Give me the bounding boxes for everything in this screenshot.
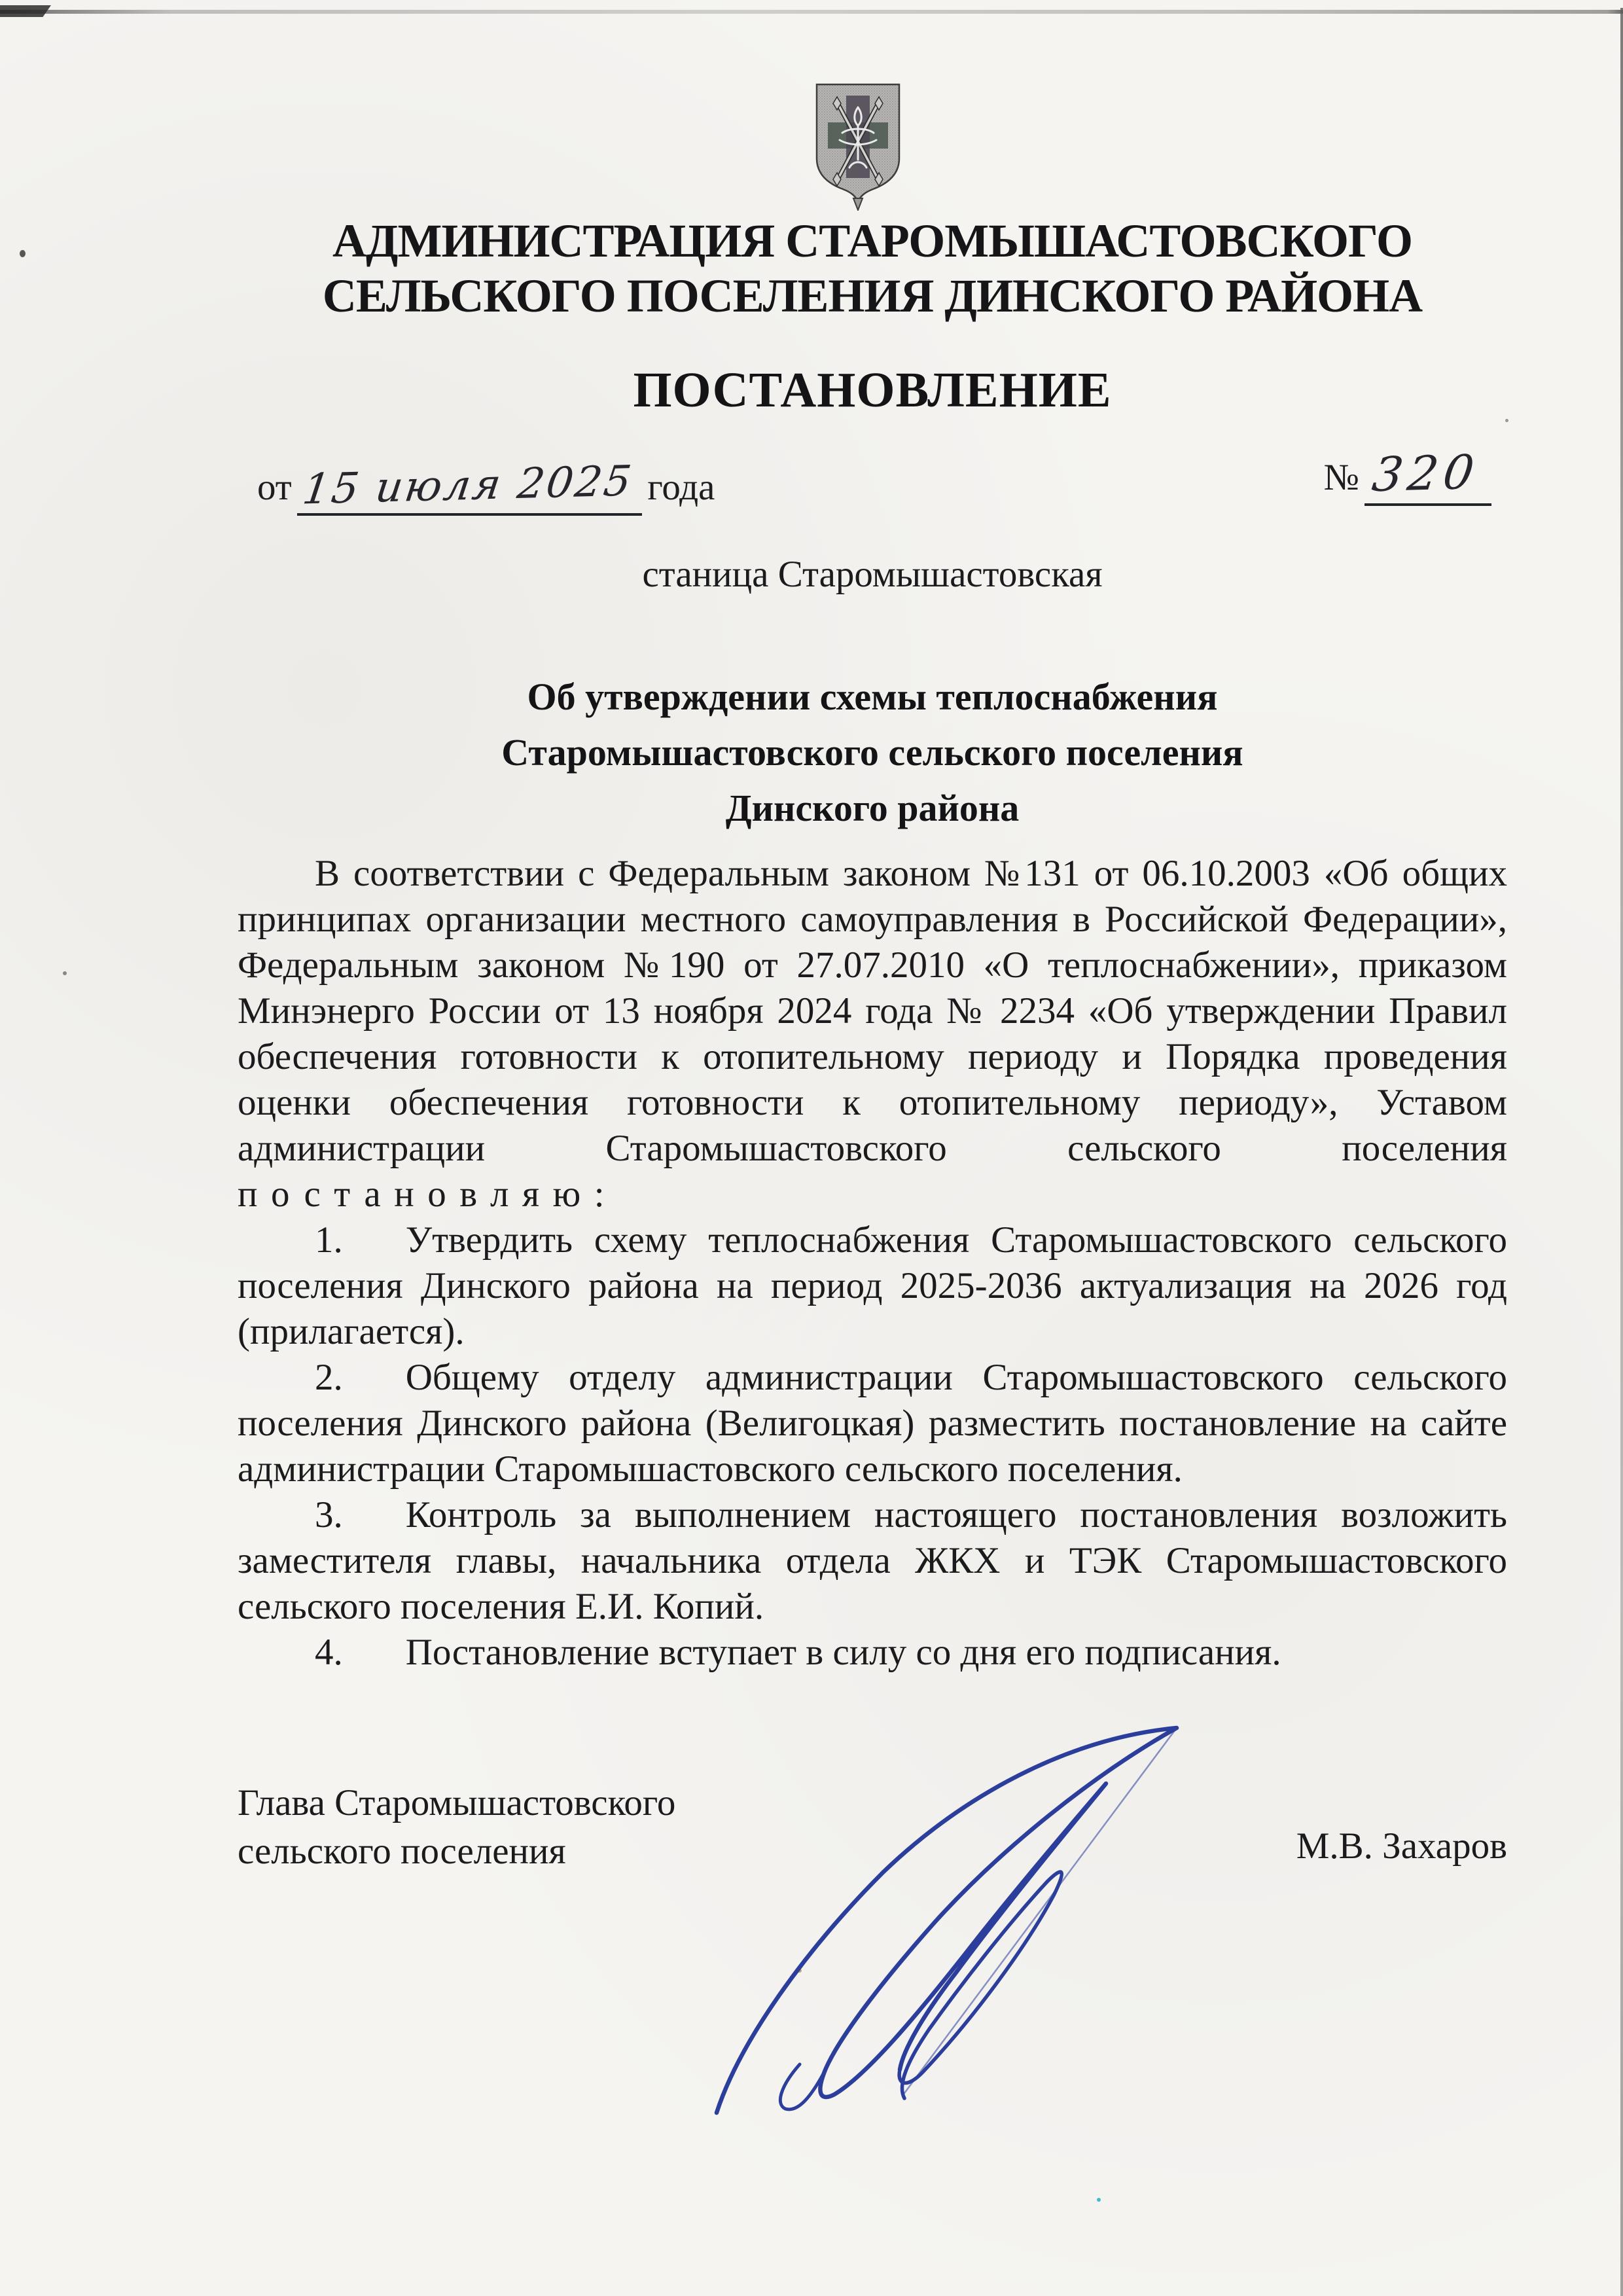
scan-speck xyxy=(63,971,67,975)
organization-line1: АДМИНИСТРАЦИЯ СТАРОМЫШАСТОВСКОГО xyxy=(238,213,1507,268)
item-4-text: Постановление вступает в силу со дня его… xyxy=(406,1632,1281,1673)
scanned-document-page: АДМИНИСТРАЦИЯ СТАРОМЫШАСТОВСКОГО СЕЛЬСКО… xyxy=(0,0,1623,2296)
item-2: 2.Общему отделу администрации Старомышас… xyxy=(238,1355,1507,1492)
scan-speck xyxy=(1097,2198,1101,2202)
scan-edge-corner xyxy=(0,5,51,17)
date-number-row: от15 июля 2025года №320 xyxy=(238,458,1507,530)
signatory-name: М.В. Захаров xyxy=(1296,1825,1507,1867)
resolve-word: постановляю: xyxy=(238,1172,1507,1217)
date-prefix-label: от xyxy=(257,467,292,508)
scan-edge-right xyxy=(1620,8,1623,2296)
number-underline: 320 xyxy=(1364,448,1491,506)
number-sign-label: № xyxy=(1324,457,1359,498)
item-3-number: 3. xyxy=(315,1494,343,1535)
item-3: 3.Контроль за выполнением настоящего пос… xyxy=(238,1492,1507,1630)
scan-speck xyxy=(1505,419,1508,422)
title-line3: Динского района xyxy=(238,780,1507,836)
document-title: Об утверждении схемы теплоснабжения Стар… xyxy=(238,669,1507,836)
title-line1: Об утверждении схемы теплоснабжения xyxy=(238,669,1507,725)
date-suffix-label: года xyxy=(647,467,715,508)
preamble-paragraph: В соответствии с Федеральным законом №13… xyxy=(238,851,1507,1172)
scan-edge-top xyxy=(0,10,1623,14)
item-2-text: Общему отделу администрации Старомышасто… xyxy=(238,1357,1507,1490)
item-4-number: 4. xyxy=(315,1632,343,1673)
place-line: станица Старомышастовская xyxy=(238,553,1507,596)
item-3-text: Контроль за выполнением настоящего поста… xyxy=(238,1494,1507,1627)
item-4: 4.Постановление вступает в силу со дня е… xyxy=(238,1630,1507,1676)
date-field: от15 июля 2025года xyxy=(257,458,715,517)
organization-name: АДМИНИСТРАЦИЯ СТАРОМЫШАСТОВСКОГО СЕЛЬСКО… xyxy=(238,213,1507,323)
handwritten-date: 15 июля 2025 xyxy=(300,456,636,515)
document-body: В соответствии с Федеральным законом №13… xyxy=(238,851,1507,1676)
handwritten-number: 320 xyxy=(1370,446,1482,500)
item-1-number: 1. xyxy=(315,1219,343,1261)
number-field: №320 xyxy=(1324,448,1497,507)
coat-of-arms-icon xyxy=(813,82,902,211)
item-1-text: Утвердить схему теплоснабжения Старомыша… xyxy=(238,1219,1507,1352)
date-underline: 15 июля 2025 xyxy=(297,460,643,516)
item-1: 1.Утвердить схему теплоснабжения Старомы… xyxy=(238,1217,1507,1355)
title-line2: Старомышастовского сельского поселения xyxy=(238,725,1507,780)
item-2-number: 2. xyxy=(315,1357,343,1398)
handwritten-signature xyxy=(609,1676,1263,2153)
document-type-heading: ПОСТАНОВЛЕНИЕ xyxy=(238,364,1507,416)
organization-line2: СЕЛЬСКОГО ПОСЕЛЕНИЯ ДИНСКОГО РАЙОНА xyxy=(238,268,1507,323)
scan-speck xyxy=(20,250,26,257)
